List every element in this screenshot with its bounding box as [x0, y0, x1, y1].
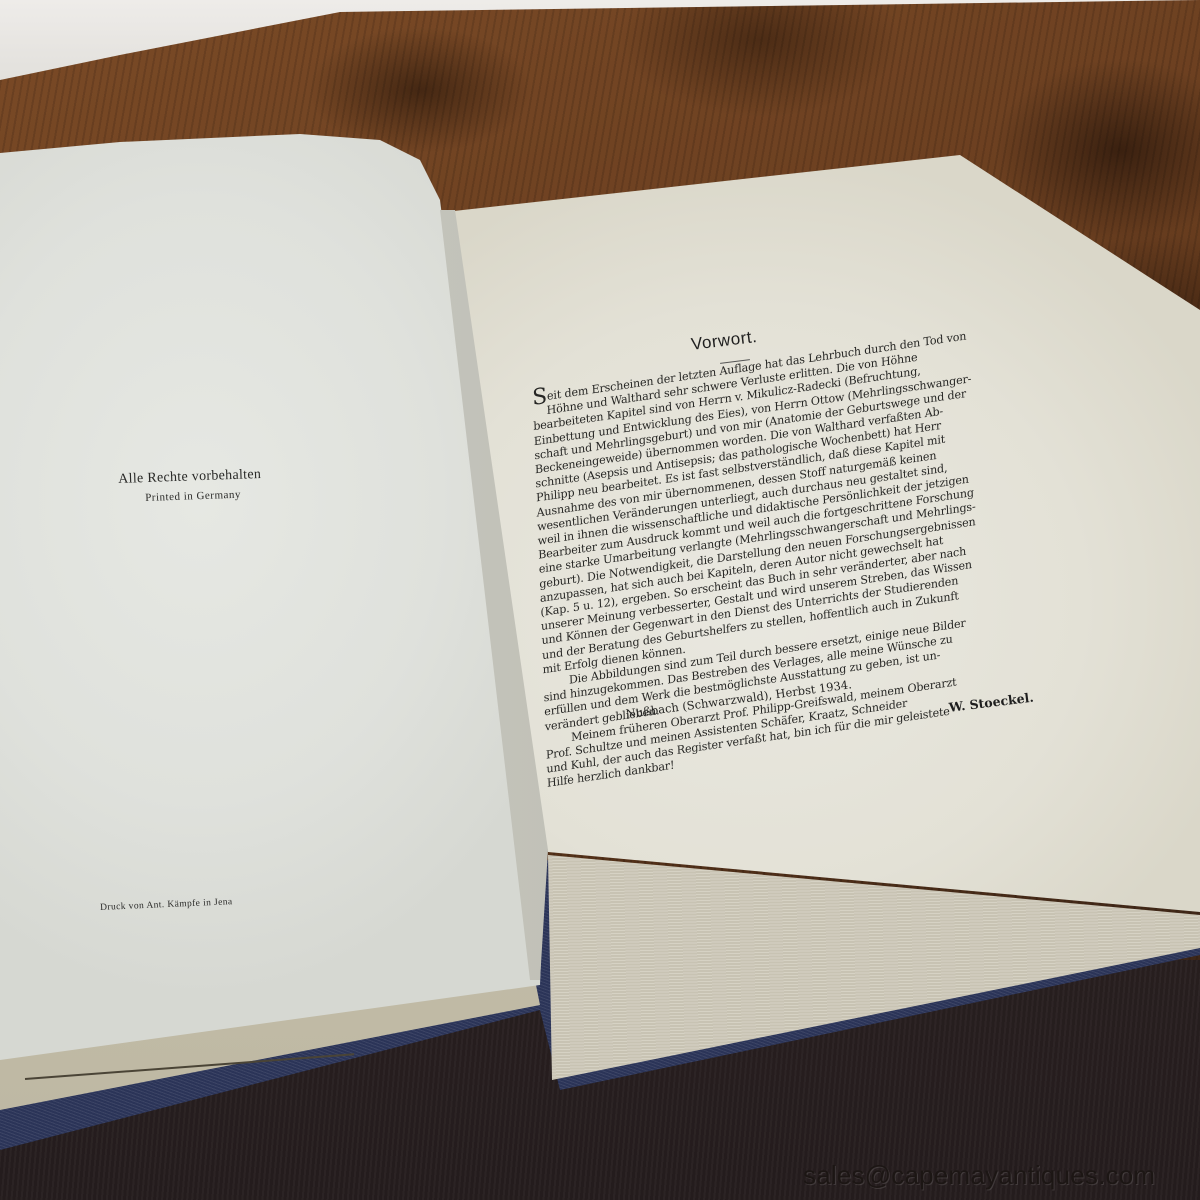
- preface-body: Seit dem Erscheinen der letzten Auflage …: [532, 321, 1042, 792]
- drop-cap: S: [532, 384, 548, 411]
- seller-watermark: sales@capemayantiques.com: [803, 1160, 1155, 1191]
